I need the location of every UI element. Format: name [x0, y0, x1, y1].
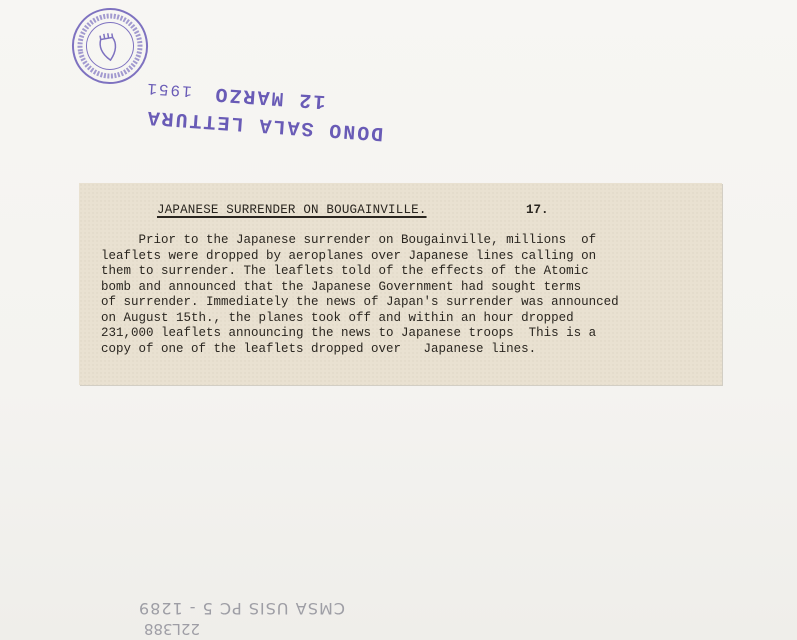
pencil-reference: CMSA USIS PC 5 - 1289	[138, 599, 345, 618]
caption-line: on August 15th., the planes took off and…	[101, 311, 711, 327]
caption-line: copy of one of the leaflets dropped over…	[101, 342, 711, 358]
caption-line: of surrender. Immediately the news of Ja…	[101, 295, 711, 311]
caption-line: 231,000 leaflets announcing the news to …	[101, 326, 711, 342]
pencil-inventory-number: 22L388	[144, 620, 200, 638]
pencil-annotations: CMSA USIS PC 5 - 1289 22L388	[85, 585, 345, 640]
caption-body: Prior to the Japanese surrender on Bouga…	[101, 233, 711, 357]
caption-clipping: JAPANESE SURRENDER ON BOUGAINVILLE. 17. …	[79, 183, 722, 385]
donation-stamp-year: 1951	[145, 79, 193, 100]
caption-line: bomb and announced that the Japanese Gov…	[101, 280, 711, 296]
donation-stamp-date: 12 MARZO	[213, 81, 326, 112]
caption-line: them to surrender. The leaflets told of …	[101, 264, 711, 280]
caption-line: Prior to the Japanese surrender on Bouga…	[101, 233, 711, 249]
caption-heading: JAPANESE SURRENDER ON BOUGAINVILLE.	[157, 203, 427, 217]
caption-number: 17.	[526, 203, 549, 217]
caption-line: leaflets were dropped by aeroplanes over…	[101, 249, 711, 265]
